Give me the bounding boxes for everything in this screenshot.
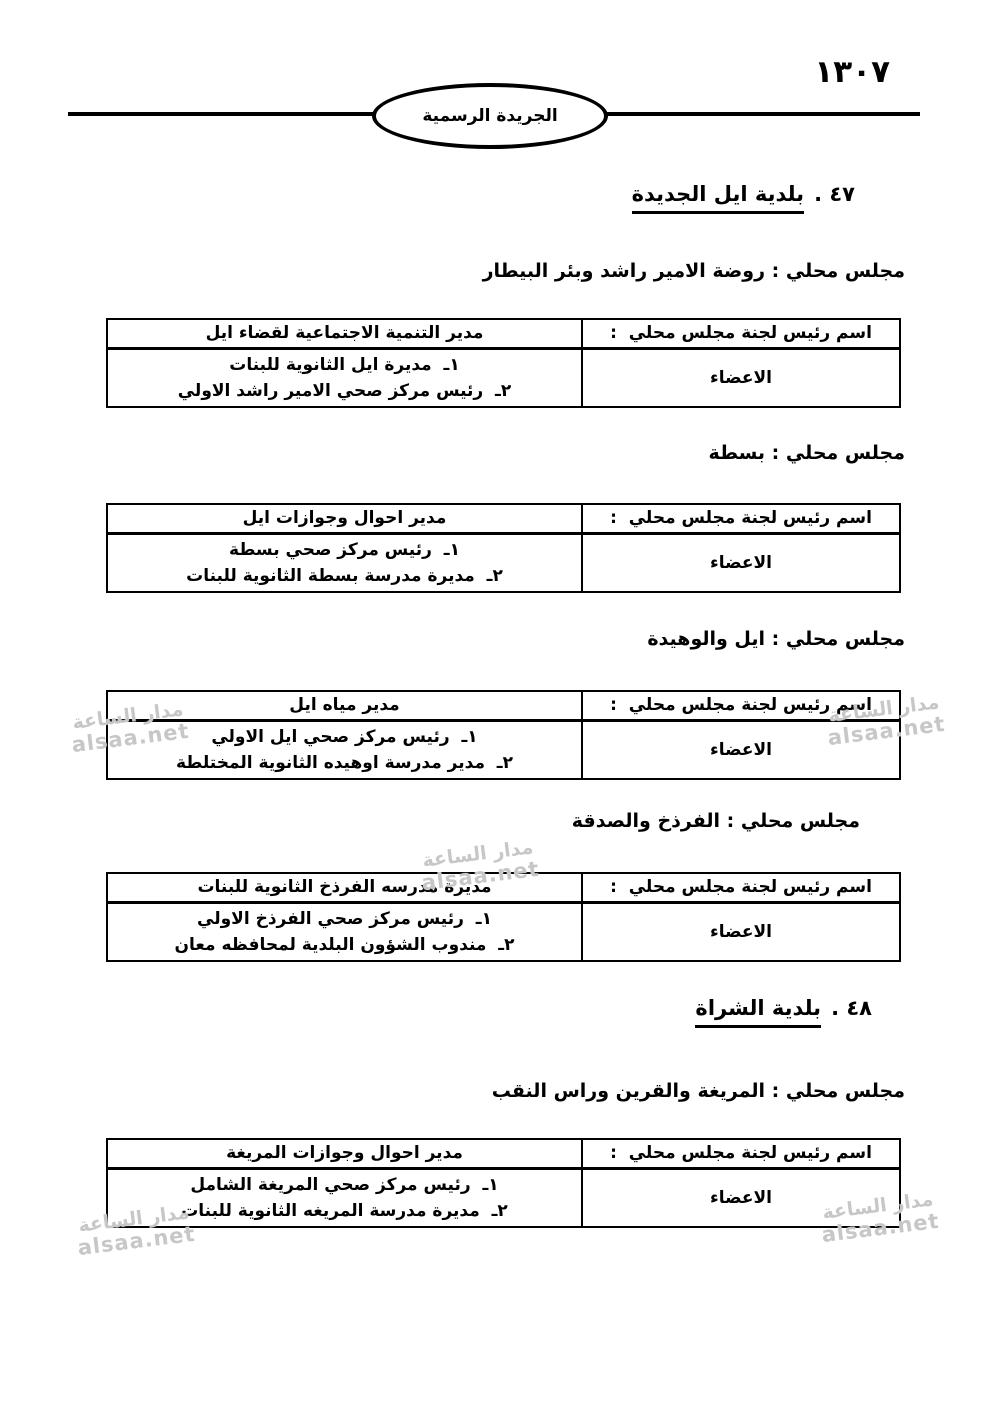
page-number: ١٣٠٧ <box>814 54 890 90</box>
table-row: اسم رئيس لجنة مجلس محلي : مدير احوال وجو… <box>107 504 900 533</box>
chairman-value: مدير احوال وجوازات ايل <box>107 504 582 533</box>
members-list: ١ـ رئيس مركز صحي ايل الاولي ٢ـ مدير مدرس… <box>107 720 582 779</box>
council-table-2: اسم رئيس لجنة مجلس محلي : مدير احوال وجو… <box>106 503 901 593</box>
members-list: ١ـ رئيس مركز صحي بسطة ٢ـ مديرة مدرسة بسط… <box>107 533 582 592</box>
chairman-value: مدير احوال وجوازات المريغة <box>107 1139 582 1168</box>
member-item: ١ـ رئيس مركز صحي ايل الاولي <box>114 724 575 750</box>
table-row: اسم رئيس لجنة مجلس محلي : مدير احوال وجو… <box>107 1139 900 1168</box>
council-table-5: اسم رئيس لجنة مجلس محلي : مدير احوال وجو… <box>106 1138 901 1228</box>
council-heading-4: مجلس محلي : الفرذخ والصدقة <box>572 810 860 832</box>
section-47-number: ٤٧ . <box>814 182 855 206</box>
gazette-page: ١٣٠٧ الجريدة الرسمية ٤٧ .بلدية ايل الجدي… <box>0 0 1000 1414</box>
council-table-3: اسم رئيس لجنة مجلس محلي : مدير مياه ايل … <box>106 690 901 780</box>
chairman-value: مدير التنمية الاجتماعية لقضاء ايل <box>107 319 582 348</box>
section-48-name: بلدية الشراة <box>695 996 821 1028</box>
members-list: ١ـ مديرة ايل الثانوية للبنات ٢ـ رئيس مرك… <box>107 348 582 407</box>
section-47-title: ٤٧ .بلدية ايل الجديدة <box>632 182 855 206</box>
table-row: الاعضاء ١ـ رئيس مركز صحي بسطة ٢ـ مديرة م… <box>107 533 900 592</box>
member-item: ١ـ رئيس مركز صحي المريغة الشامل <box>114 1172 575 1198</box>
chairman-label: اسم رئيس لجنة مجلس محلي : <box>582 691 900 720</box>
table-row: الاعضاء ١ـ مديرة ايل الثانوية للبنات ٢ـ … <box>107 348 900 407</box>
watermark-text-latin: alsaa.net <box>76 1223 196 1260</box>
table-row: الاعضاء ١ـ رئيس مركز صحي المريغة الشامل … <box>107 1168 900 1227</box>
council-table-4: اسم رئيس لجنة مجلس محلي : مديرة مدرسه ال… <box>106 872 901 962</box>
chairman-value: مدير مياه ايل <box>107 691 582 720</box>
chairman-label: اسم رئيس لجنة مجلس محلي : <box>582 504 900 533</box>
council-heading-3: مجلس محلي : ايل والوهيدة <box>647 628 905 650</box>
council-heading-1: مجلس محلي : روضة الامير راشد وبئر البيطا… <box>483 260 905 282</box>
members-label: الاعضاء <box>582 720 900 779</box>
members-label: الاعضاء <box>582 533 900 592</box>
table-row: الاعضاء ١ـ رئيس مركز صحي ايل الاولي ٢ـ م… <box>107 720 900 779</box>
chairman-label: اسم رئيس لجنة مجلس محلي : <box>582 1139 900 1168</box>
member-item: ٢ـ مديرة مدرسة بسطة الثانوية للبنات <box>114 563 575 589</box>
gazette-title: الجريدة الرسمية <box>422 106 557 126</box>
member-item: ١ـ مديرة ايل الثانوية للبنات <box>114 352 575 378</box>
council-heading-5: مجلس محلي : المريغة والقرين وراس النقب <box>492 1080 905 1102</box>
council-table-1: اسم رئيس لجنة مجلس محلي : مدير التنمية ا… <box>106 318 901 408</box>
member-item: ٢ـ مندوب الشؤون البلدية لمحافظه معان <box>114 932 575 958</box>
section-48-number: ٤٨ . <box>831 996 872 1020</box>
member-item: ٢ـ مديرة مدرسة المريغه الثانوية للبنات <box>114 1198 575 1224</box>
chairman-value: مديرة مدرسه الفرذخ الثانوية للبنات <box>107 873 582 902</box>
chairman-label: اسم رئيس لجنة مجلس محلي : <box>582 319 900 348</box>
members-list: ١ـ رئيس مركز صحي الفرذخ الاولي ٢ـ مندوب … <box>107 902 582 961</box>
member-item: ١ـ رئيس مركز صحي بسطة <box>114 537 575 563</box>
table-row: اسم رئيس لجنة مجلس محلي : مدير مياه ايل <box>107 691 900 720</box>
section-48-title: ٤٨ .بلدية الشراة <box>695 996 872 1020</box>
member-item: ٢ـ رئيس مركز صحي الامير راشد الاولي <box>114 378 575 404</box>
members-label: الاعضاء <box>582 1168 900 1227</box>
members-label: الاعضاء <box>582 348 900 407</box>
watermark-text-arabic: مدار الساعة <box>421 836 534 871</box>
members-label: الاعضاء <box>582 902 900 961</box>
section-47-name: بلدية ايل الجديدة <box>632 182 804 214</box>
member-item: ١ـ رئيس مركز صحي الفرذخ الاولي <box>114 906 575 932</box>
table-row: اسم رئيس لجنة مجلس محلي : مديرة مدرسه ال… <box>107 873 900 902</box>
member-item: ٢ـ مدير مدرسة اوهيده الثانوية المختلطة <box>114 750 575 776</box>
council-heading-2: مجلس محلي : بسطة <box>709 442 905 464</box>
gazette-title-badge: الجريدة الرسمية <box>372 83 608 149</box>
table-row: الاعضاء ١ـ رئيس مركز صحي الفرذخ الاولي ٢… <box>107 902 900 961</box>
table-row: اسم رئيس لجنة مجلس محلي : مدير التنمية ا… <box>107 319 900 348</box>
chairman-label: اسم رئيس لجنة مجلس محلي : <box>582 873 900 902</box>
members-list: ١ـ رئيس مركز صحي المريغة الشامل ٢ـ مديرة… <box>107 1168 582 1227</box>
